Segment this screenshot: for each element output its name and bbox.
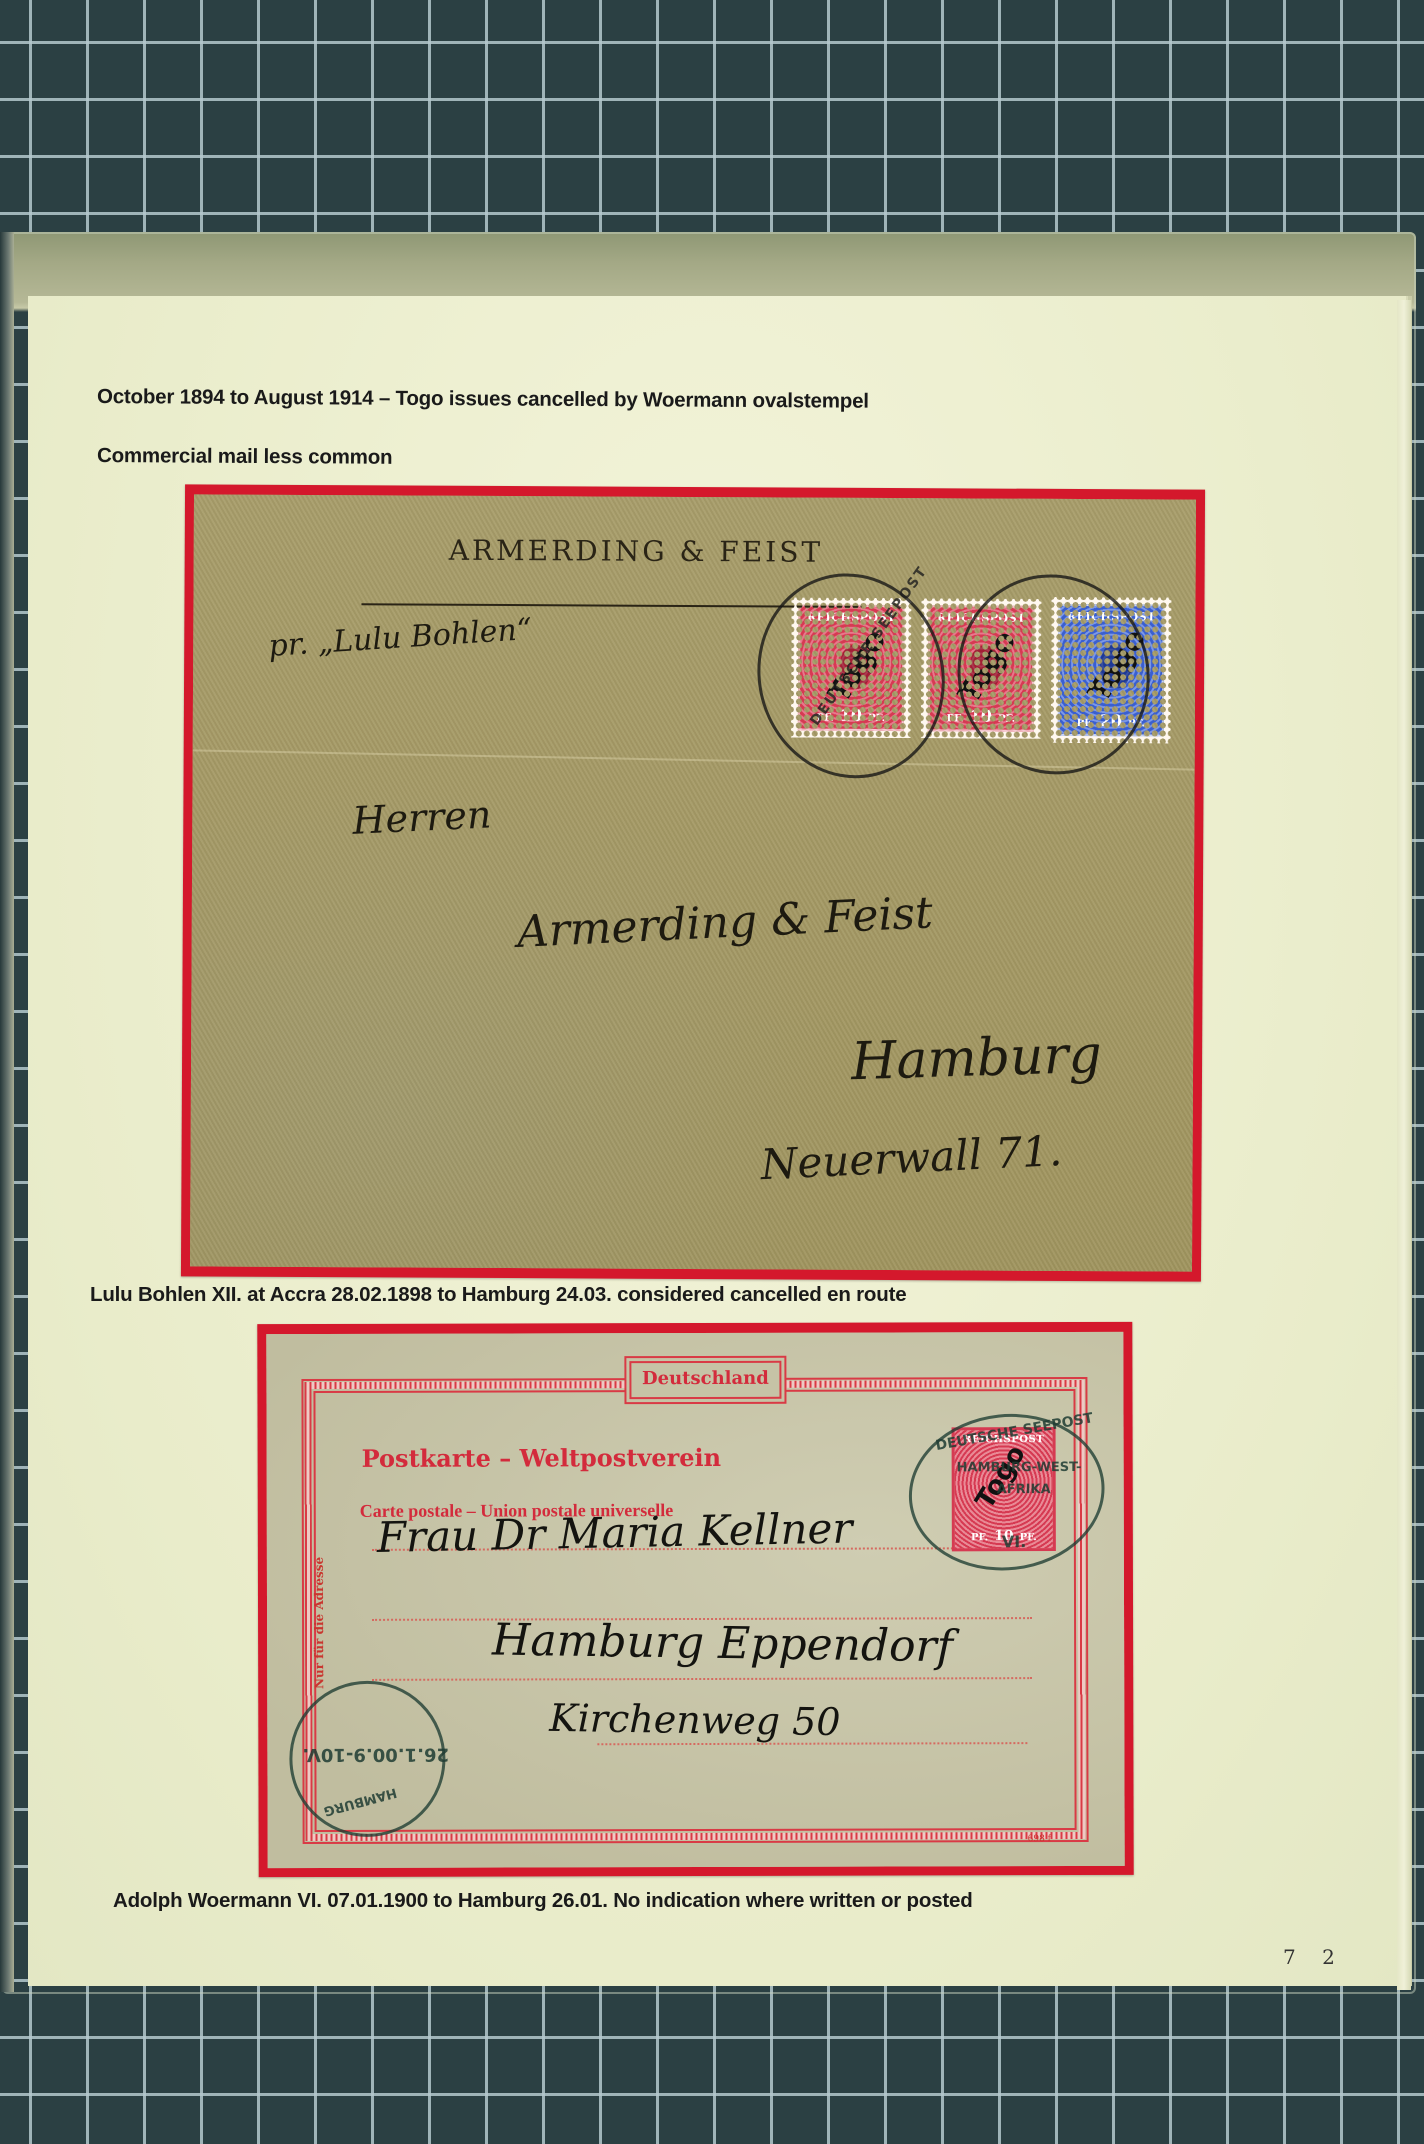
postcard: Deutschland Postkarte – Weltpostverein C… [266,1332,1124,1868]
handwritten-recipient: Frau Dr Maria Kellner [376,1503,853,1562]
envelope-caption: Lulu Bohlen XII. at Accra 28.02.1898 to … [90,1283,906,1307]
seepost-cancel-line-2: HAMBURG-WEST- [957,1460,1082,1475]
page-number: 7 2 [1283,1945,1345,1969]
oval-cancel-2 [930,548,1178,802]
page-edge [1397,300,1411,1990]
printer-mark: 698 f [1028,1834,1051,1844]
envelope: ARMERDING & FEIST pr. „Lulu Bohlen“ Herr… [190,494,1196,1271]
sleeve-edge [0,232,14,1992]
handwritten-recipient: Armerding & Feist [516,887,934,958]
arrival-date: 26.1.00.9-10V. [302,1744,449,1765]
card-title: Postkarte – Weltpostverein [362,1443,722,1473]
seepost-cancel-line-4: VI. [1002,1532,1026,1551]
printed-sender: ARMERDING & FEIST [449,534,824,569]
handwritten-street: Kirchenweg 50 [549,1696,841,1744]
handwritten-via: pr. „Lulu Bohlen“ [267,612,533,664]
page-heading: October 1894 to August 1914 – Togo issue… [97,385,869,414]
handwritten-salutation: Herren [351,792,492,842]
postcard-mount: Deutschland Postkarte – Weltpostverein C… [257,1322,1133,1877]
envelope-mount: ARMERDING & FEIST pr. „Lulu Bohlen“ Herr… [181,484,1205,1281]
deutschland-cartouche: Deutschland [629,1361,781,1399]
address-side-label: Nur für die Adresse [312,1557,326,1689]
page-subheading: Commercial mail less common [97,444,393,470]
handwritten-city: Hamburg [850,1025,1102,1092]
seepost-cancel-line-3: AFRIKA [997,1482,1051,1497]
handwritten-city: Hamburg Eppendorf [492,1615,954,1673]
postcard-caption: Adolph Woermann VI. 07.01.1900 to Hambur… [113,1889,973,1913]
handwritten-street: Neuerwall 71. [760,1126,1064,1189]
